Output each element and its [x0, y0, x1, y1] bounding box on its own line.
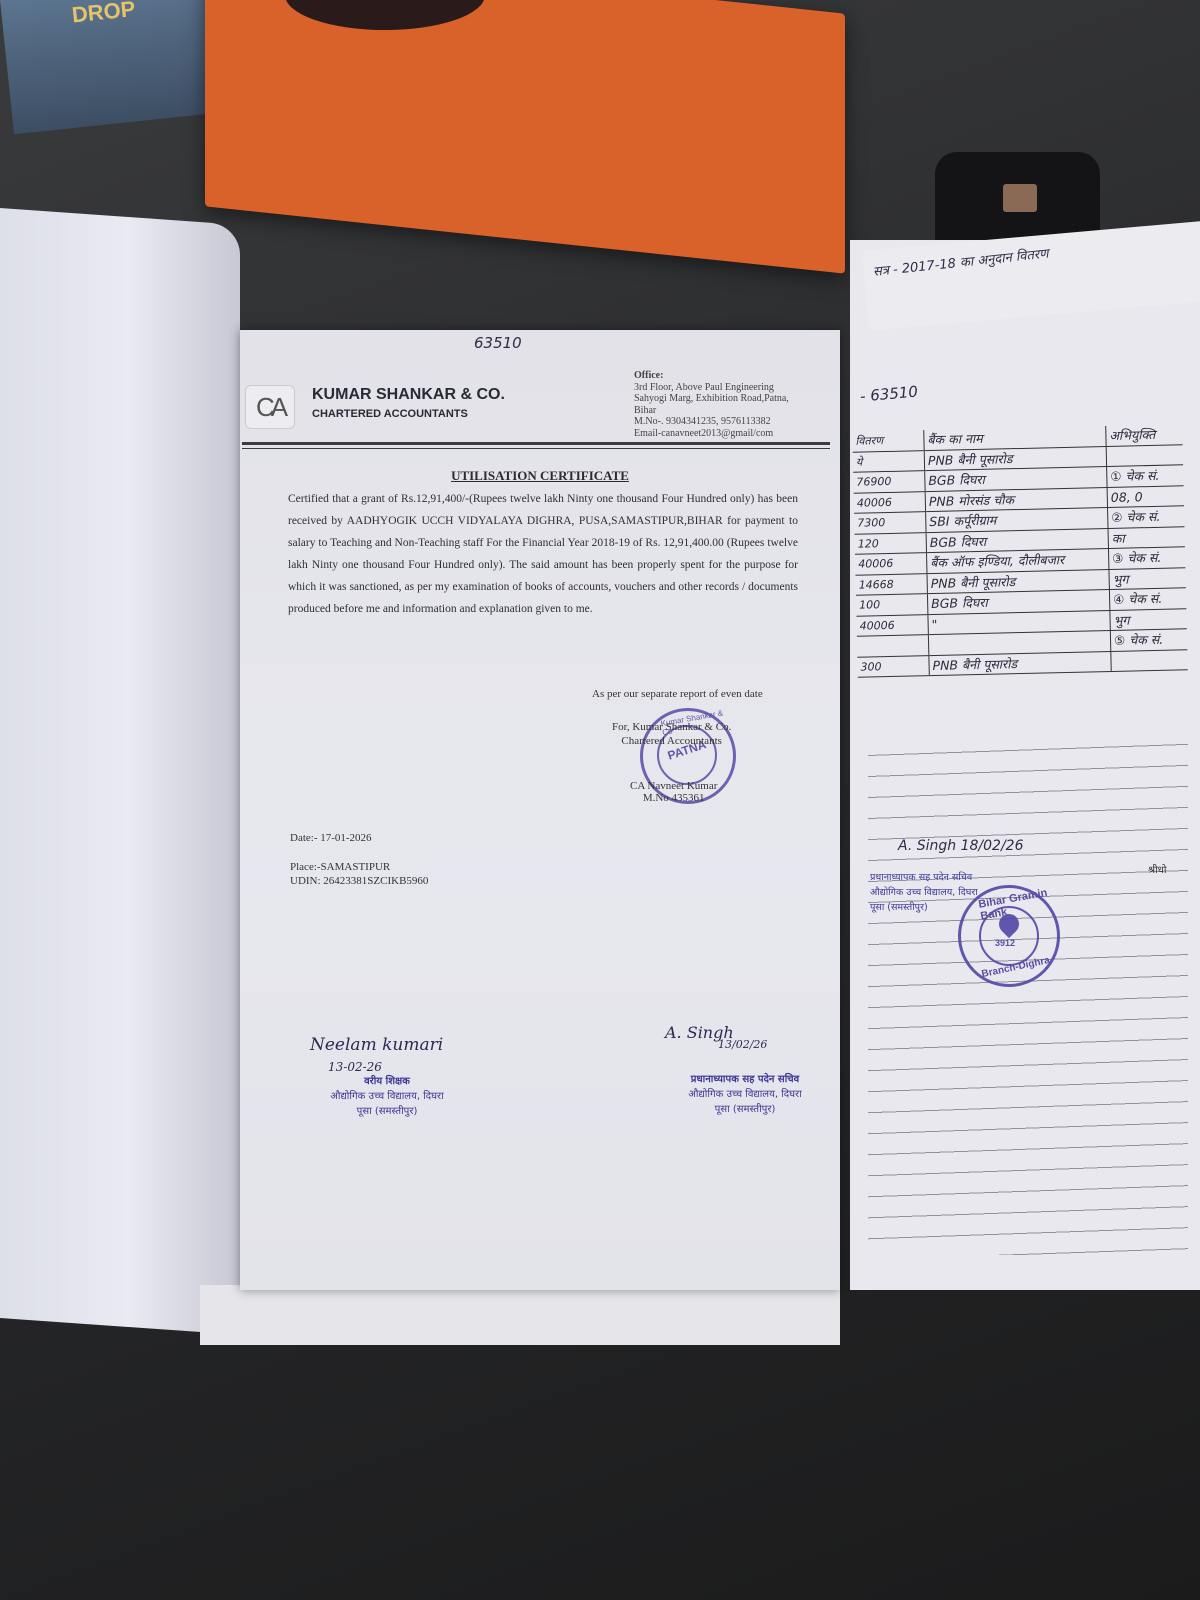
left-school: औद्योगिक उच्च विद्यालय, दिघरा: [302, 1089, 472, 1104]
ledger-cell-amount: ये: [853, 450, 925, 472]
ledger-cell-amount: 300: [857, 655, 929, 677]
for-firm-line1: For, Kumar Shankar & Co.: [612, 720, 731, 734]
ledger-school: औद्योगिक उच्च विद्यालय, दिघरा: [870, 885, 978, 900]
ledger-table: वितरण बैंक का नाम अभियुक्ति येPNB बैनी प…: [852, 424, 1187, 677]
side-note: श्रीधो: [1148, 862, 1166, 876]
ledger-cell-remark: ④ चेक सं.: [1109, 588, 1186, 610]
ca-logo-icon: CA: [245, 385, 295, 429]
header-rule: [242, 442, 830, 445]
right-designation-stamp: प्रधानाध्यापक सह पदेन सचिव औद्योगिक उच्च…: [655, 1072, 835, 1117]
utilisation-certificate: 63510 CA KUMAR SHANKAR & CO. CHARTERED A…: [240, 330, 840, 1290]
certificate-body: Certified that a grant of Rs.12,91,400/-…: [288, 488, 798, 620]
for-firm-line2: Chartered Accountants: [612, 734, 731, 748]
ca-name: CA Navneet Kumar: [630, 780, 717, 792]
right-signature-date: 13/02/26: [718, 1038, 767, 1051]
ledger-cell-amount: 40006: [856, 614, 928, 636]
left-signature-date: 13-02-26: [328, 1060, 382, 1074]
right-place: पूसा (समस्तीपुर): [655, 1102, 835, 1117]
right-designation: प्रधानाध्यापक सह पदेन सचिव: [655, 1072, 835, 1087]
ledger-cell-amount: [857, 635, 929, 657]
firm-name: KUMAR SHANKAR & CO.: [312, 386, 505, 404]
ledger-designation: प्रधानाध्यापक सह पदेन सचिव: [870, 870, 978, 885]
certificate-title: UTILISATION CERTIFICATE: [240, 468, 840, 484]
ledger-cell-remark: भुग: [1110, 608, 1187, 630]
reference-number: 63510: [474, 334, 522, 352]
office-line2: Sahyogi Marg, Exhibition Road,Patna,: [634, 393, 839, 405]
left-designation: वरीय शिक्षक: [302, 1074, 472, 1089]
office-line3: Bihar: [634, 405, 839, 417]
firm-subtitle: CHARTERED ACCOUNTANTS: [312, 408, 505, 420]
left-blank-page: [0, 205, 240, 1335]
ledger-signature: A. Singh 18/02/26: [898, 838, 1023, 854]
firm-header: KUMAR SHANKAR & CO. CHARTERED ACCOUNTANT…: [312, 386, 505, 420]
bank-stamp: Bihar Gramin Bank 3912 Branch-Dighra: [958, 885, 1060, 987]
header-rule-thin: [242, 448, 830, 449]
ledger-cell-remark: ① चेक सं.: [1107, 465, 1184, 487]
ledger-cell-remark: ② चेक सं.: [1108, 506, 1185, 528]
office-line1: 3rd Floor, Above Paul Engineering: [634, 382, 839, 394]
bank-stamp-code: 3912: [995, 938, 1015, 948]
ledger-cell-remark: 08, 0: [1107, 485, 1184, 507]
ca-name-block: CA Navneet Kumar M.No 435361: [630, 780, 717, 804]
col-header-amount: वितरण: [852, 430, 924, 452]
left-signature: Neelam kumari: [310, 1035, 443, 1055]
certificate-place: Place:-SAMASTIPUR: [290, 861, 390, 873]
office-address: Office: 3rd Floor, Above Paul Engineerin…: [634, 370, 839, 439]
separate-report-note: As per our separate report of even date: [592, 688, 763, 700]
ca-membership-no: M.No 435361: [630, 792, 717, 804]
ledger-cell-amount: 100: [856, 594, 928, 616]
left-place: पूसा (समस्तीपुर): [302, 1104, 472, 1119]
col-header-remark: अभियुक्ति: [1106, 424, 1183, 446]
ledger-cell-remark: भुग: [1109, 567, 1186, 589]
ledger-cell-amount: 40006: [855, 553, 927, 575]
ruled-lines: [868, 735, 1188, 1255]
ledger-cell-amount: 40006: [854, 491, 926, 513]
ledger-cell-amount: 7300: [854, 512, 926, 534]
ledger-place: पूसा (समस्तीपुर): [870, 900, 978, 915]
ledger-cell-amount: 120: [855, 532, 927, 554]
ledger-cell-bank: PNB बैनी पूसारोड: [929, 651, 1111, 676]
ledger-cell-amount: 76900: [853, 471, 925, 493]
ledger-cell-remark: का: [1108, 526, 1185, 548]
box-label: DROP: [71, 0, 137, 28]
ledger-cell-remark: ⑤ चेक सं.: [1110, 629, 1187, 651]
certificate-udin: UDIN: 26423381SZCIKB5960: [290, 875, 428, 887]
certificate-date: Date:- 17-01-2026: [290, 832, 372, 844]
office-phone: M.No-. 9304341235, 9576113382: [634, 416, 839, 428]
ledger-cell-remark: [1111, 649, 1188, 671]
right-school: औद्योगिक उच्च विद्यालय, दिघरा: [655, 1087, 835, 1102]
title-text: UTILISATION CERTIFICATE: [451, 468, 629, 483]
underlying-sheet: [200, 1285, 840, 1345]
ledger-cell-amount: 14668: [855, 573, 927, 595]
ledger-cell-remark: ③ चेक सं.: [1108, 547, 1185, 569]
office-email: Email-canavneet2013@gmail/com: [634, 428, 839, 440]
ledger-designation-block: प्रधानाध्यापक सह पदेन सचिव औद्योगिक उच्च…: [870, 870, 978, 915]
ledger-cell-remark: [1106, 444, 1183, 466]
office-label: Office:: [634, 370, 663, 381]
for-firm-block: For, Kumar Shankar & Co. Chartered Accou…: [612, 720, 731, 748]
left-designation-stamp: वरीय शिक्षक औद्योगिक उच्च विद्यालय, दिघर…: [302, 1074, 472, 1119]
